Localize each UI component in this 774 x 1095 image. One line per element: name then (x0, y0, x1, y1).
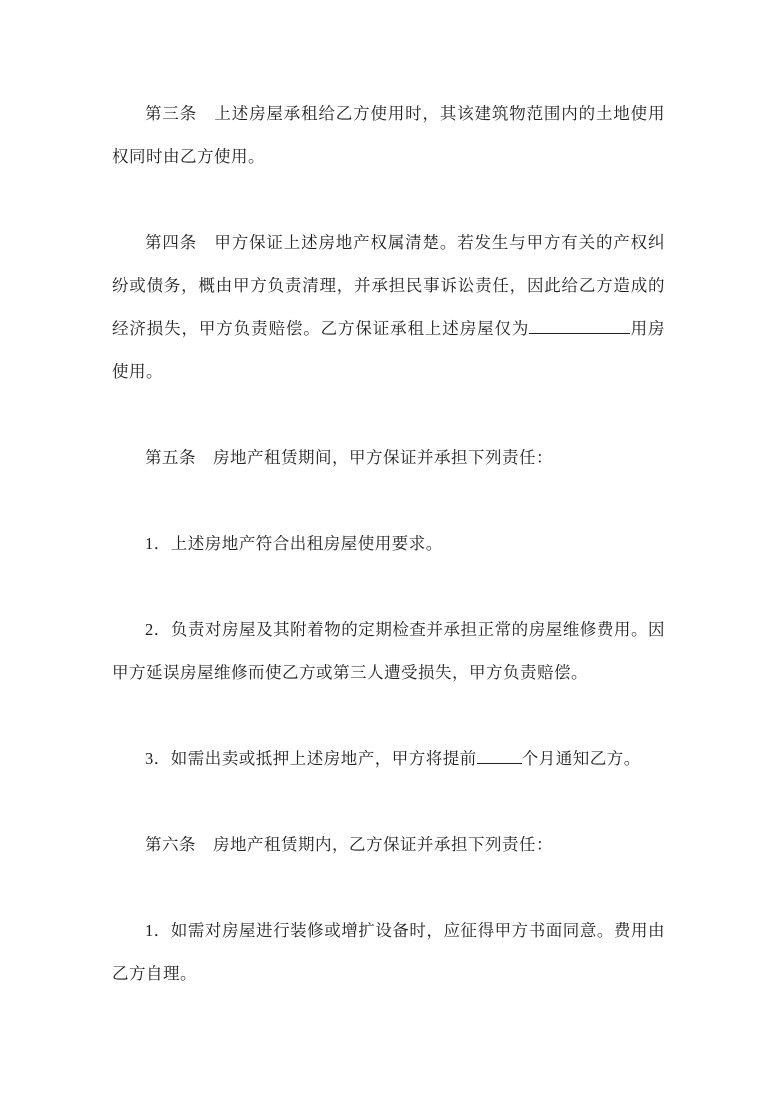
paragraph-clause-5-item-1: 1．上述房地产符合出租房屋使用要求。 (112, 522, 665, 565)
fill-in-blank-line (477, 748, 522, 764)
text-run: 第三条 上述房屋承租给乙方使用时，其该建筑物范围内的土地使用权同时由乙方使用。 (112, 104, 665, 166)
contract-page: 第三条 上述房屋承租给乙方使用时，其该建筑物范围内的土地使用权同时由乙方使用。第… (0, 0, 774, 1095)
text-run: 第六条 房地产租赁期内，乙方保证并承担下列责任： (145, 835, 553, 854)
fill-in-blank-line (529, 318, 630, 334)
text-run: 3．如需出卖或抵押上述房地产，甲方将提前 (145, 749, 477, 768)
text-run: 1．如需对房屋进行装修或增扩设备时，应征得甲方书面同意。费用由乙方自理。 (112, 921, 665, 983)
paragraph-clause-5-item-2: 2．负责对房屋及其附着物的定期检查并承担正常的房屋维修费用。因甲方延误房屋维修而… (112, 608, 665, 694)
paragraph-clause-4: 第四条 甲方保证上述房地产权属清楚。若发生与甲方有关的产权纠纷或债务，概由甲方负… (112, 221, 665, 393)
document-body: 第三条 上述房屋承租给乙方使用时，其该建筑物范围内的土地使用权同时由乙方使用。第… (112, 92, 665, 1038)
text-run: 个月通知乙方。 (522, 749, 641, 768)
paragraph-clause-3: 第三条 上述房屋承租给乙方使用时，其该建筑物范围内的土地使用权同时由乙方使用。 (112, 92, 665, 178)
paragraph-clause-6: 第六条 房地产租赁期内，乙方保证并承担下列责任： (112, 823, 665, 866)
text-run: 第五条 房地产租赁期间，甲方保证并承担下列责任： (145, 448, 553, 467)
paragraph-clause-5-item-3: 3．如需出卖或抵押上述房地产，甲方将提前个月通知乙方。 (112, 737, 665, 780)
text-run: 1．上述房地产符合出租房屋使用要求。 (145, 534, 443, 553)
paragraph-clause-6-item-1: 1．如需对房屋进行装修或增扩设备时，应征得甲方书面同意。费用由乙方自理。 (112, 909, 665, 995)
paragraph-clause-5: 第五条 房地产租赁期间，甲方保证并承担下列责任： (112, 436, 665, 479)
text-run: 2．负责对房屋及其附着物的定期检查并承担正常的房屋维修费用。因甲方延误房屋维修而… (112, 620, 665, 682)
